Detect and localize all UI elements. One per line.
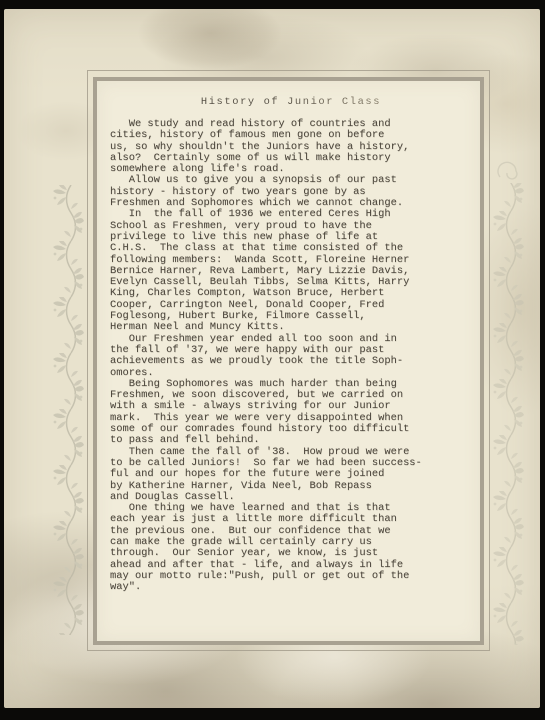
page-title: History of Junior Class	[110, 96, 472, 108]
page-content: History of Junior Class We study and rea…	[97, 81, 480, 641]
floral-vine-border-left	[52, 185, 86, 640]
floral-vine-icon	[52, 185, 86, 635]
floral-vine-border-right	[492, 155, 526, 650]
floral-vine-icon	[492, 155, 526, 645]
album-page: History of Junior Class We study and rea…	[4, 9, 540, 708]
scan-border: History of Junior Class We study and rea…	[0, 0, 545, 720]
body-text: We study and read history of countries a…	[110, 119, 472, 593]
text-panel: History of Junior Class We study and rea…	[93, 77, 484, 645]
